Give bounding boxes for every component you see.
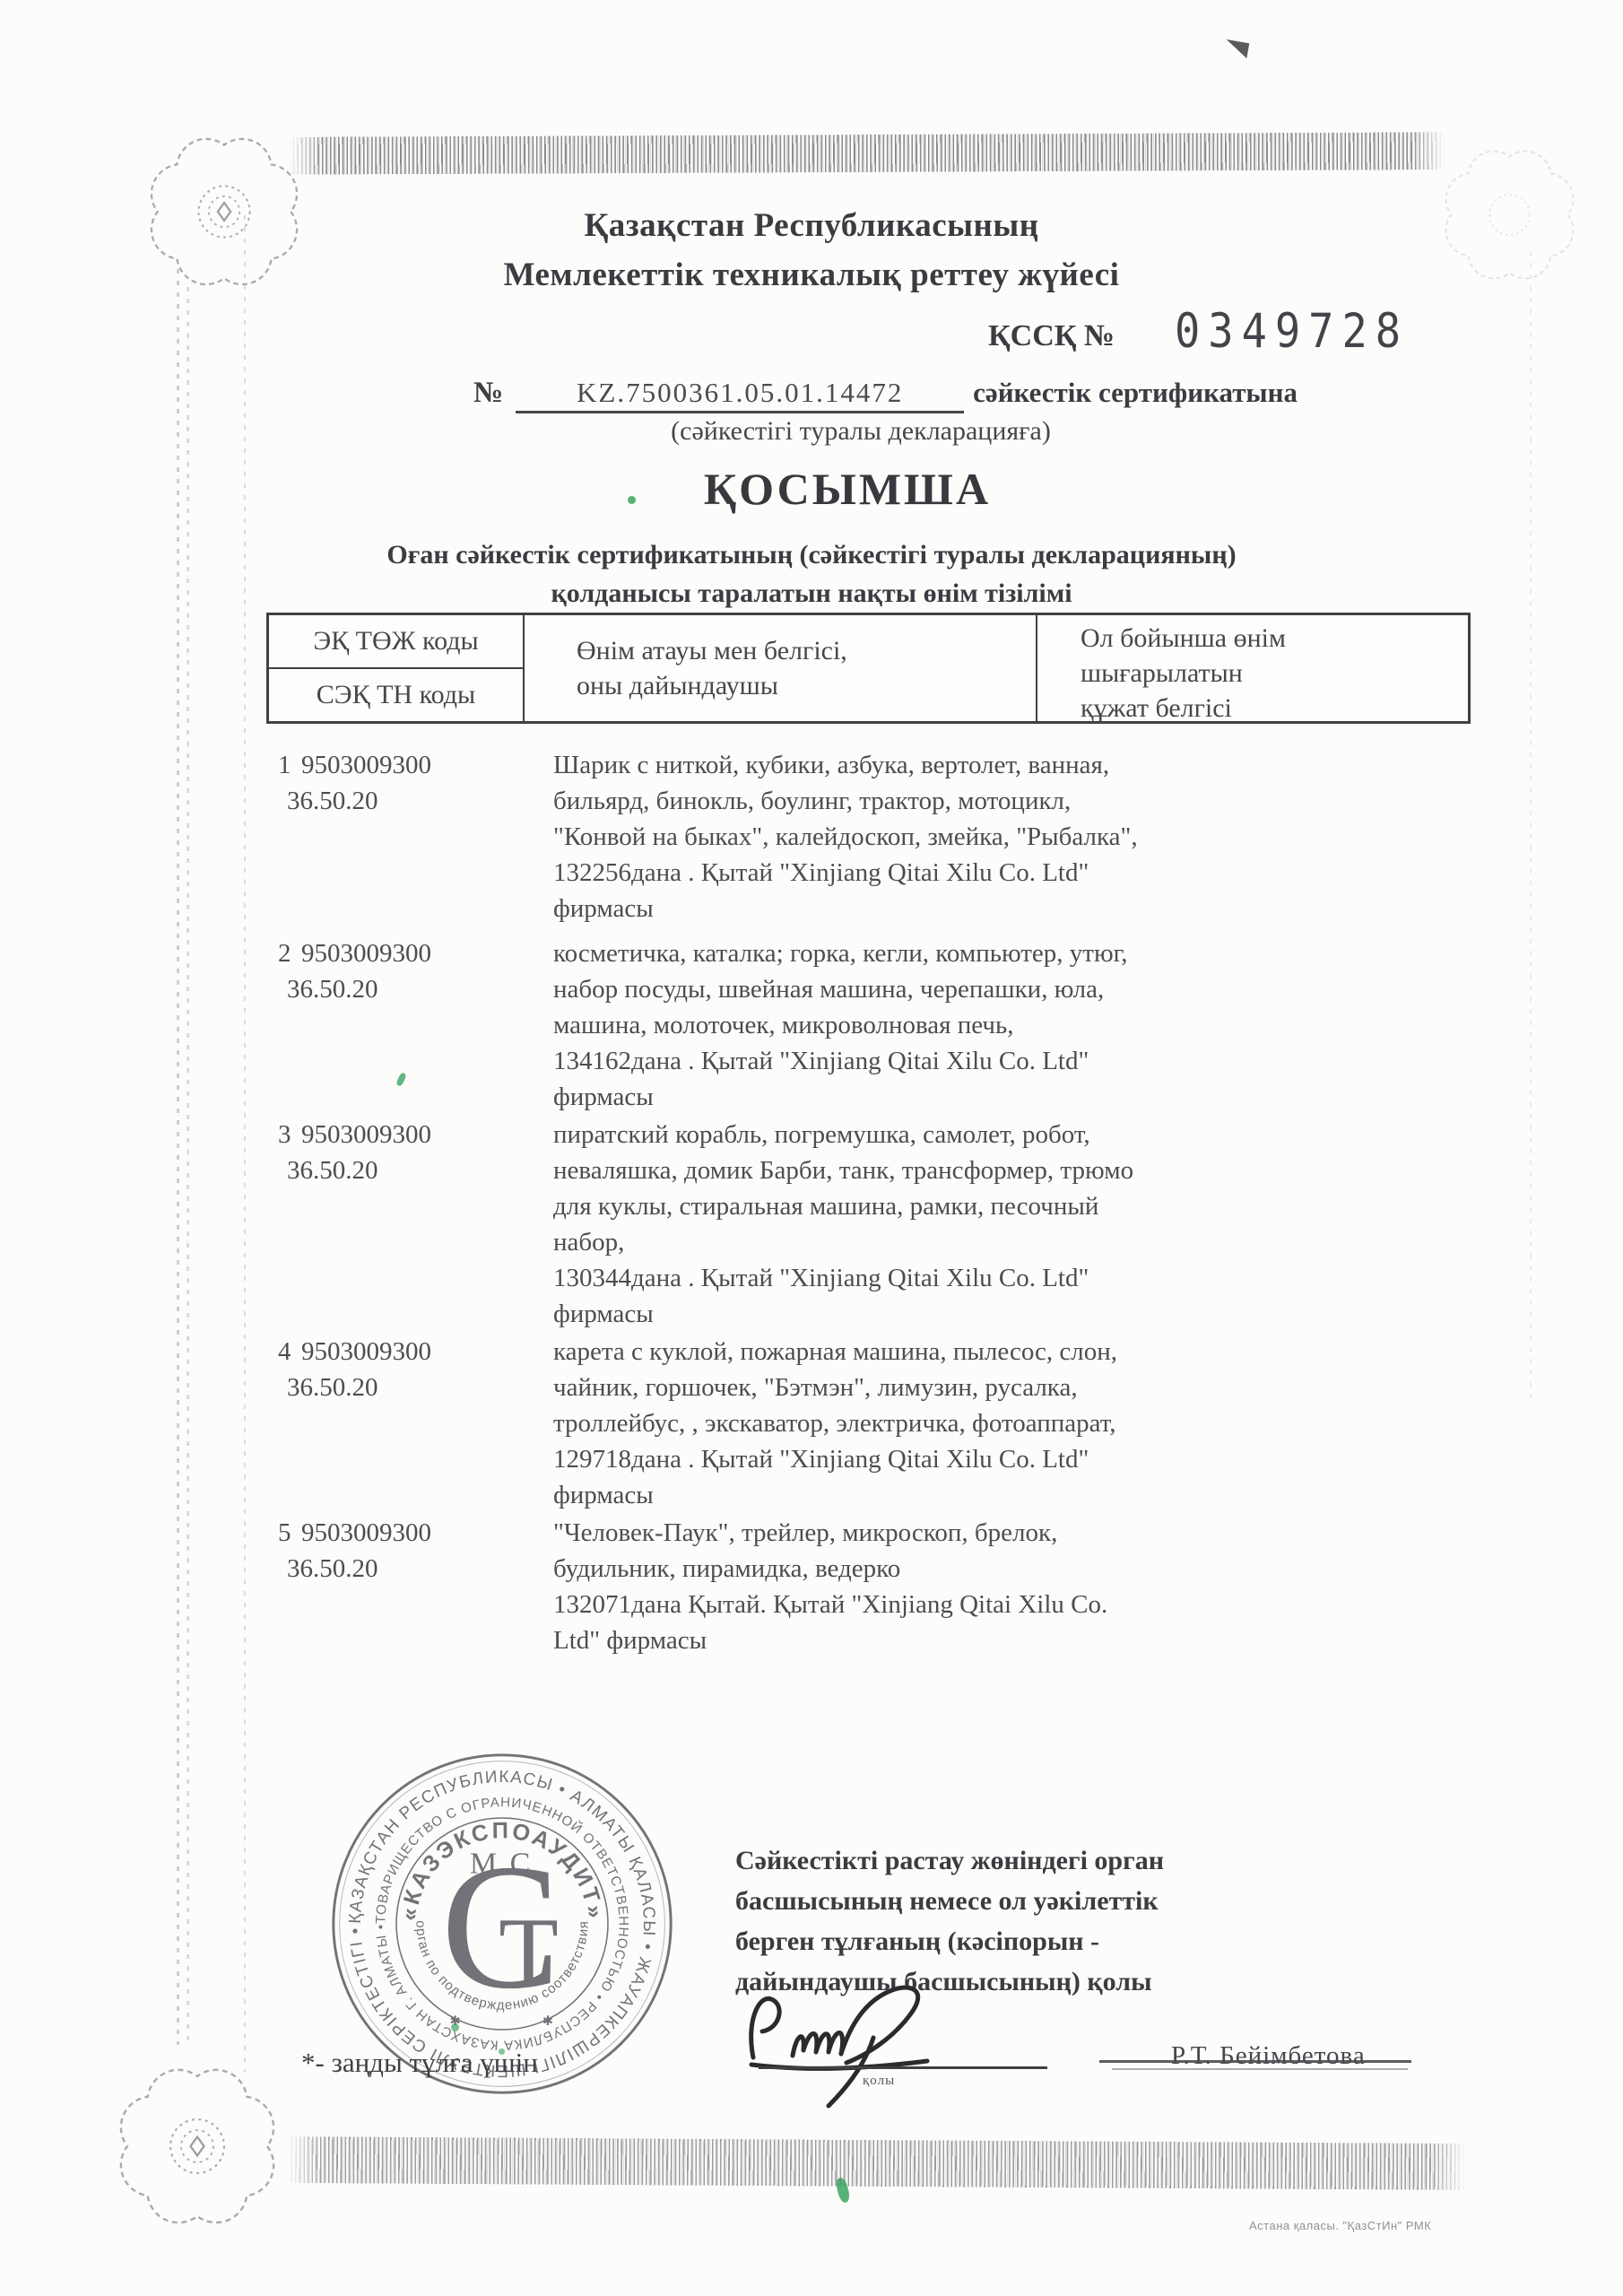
ek-tozh-code-header: ЭҚ ТӨЖ коды	[269, 615, 523, 669]
row-codes: 29503009300 36.50.20	[278, 935, 547, 1007]
form-series-label: ҚССҚ №	[988, 319, 1115, 353]
certificate-number-line: №KZ.7500361.05.01.14472сәйкестік сертифи…	[473, 377, 1298, 413]
green-ink-speck	[628, 496, 636, 504]
row-code-top: 9503009300	[301, 1120, 431, 1149]
guilloche-band-bottom	[287, 2136, 1466, 2190]
stamp-overlay-text: М.С	[470, 1847, 533, 1880]
certificate-number: KZ.7500361.05.01.14472	[516, 377, 964, 413]
signatory-strike-line-2	[1112, 2068, 1408, 2070]
printer-note: Астана қаласы. "ҚазСтИн" РМК	[1249, 2219, 1431, 2232]
row-description: "Человек-Паук", трейлер, микроскоп, брел…	[553, 1515, 1251, 1658]
row-code-bottom: 36.50.20	[287, 1152, 547, 1188]
table-row: 29503009300 36.50.20 косметичка, каталка…	[278, 935, 1282, 1115]
flower-watermark-bottom-left	[103, 2052, 291, 2240]
green-ink-speck	[451, 2023, 459, 2031]
declaration-note: (сәйкестігі туралы декларацияға)	[49, 416, 1623, 447]
document-mark-column-header: Ол бойынша өнім шығарылатын құжат белгіс…	[1037, 615, 1468, 721]
row-codes: 39503009300 36.50.20	[278, 1117, 547, 1188]
signature-line-label: қолы	[863, 2074, 895, 2089]
row-number: 3	[278, 1117, 301, 1152]
form-series-number: 0349728	[1175, 304, 1409, 360]
row-code-bottom: 36.50.20	[287, 1551, 547, 1587]
row-code-top: 9503009300	[301, 939, 431, 968]
row-description: косметичка, каталка; горка, кегли, компь…	[553, 935, 1251, 1115]
product-table-header: ЭҚ ТӨЖ коды СЭҚ ТН коды Өнім атауы мен б…	[266, 613, 1471, 724]
scanned-certificate-appendix-page: Қазақстан Республикасының Мемлекеттік те…	[0, 0, 1623, 2296]
row-code-bottom: 36.50.20	[287, 1370, 547, 1405]
row-code-top: 9503009300	[301, 1337, 431, 1366]
guilloche-band-top	[289, 132, 1445, 175]
green-ink-speck	[499, 2048, 505, 2055]
page-title: ҚОСЫМША	[36, 463, 1623, 515]
stamp-star-right-icon: ✱	[542, 2014, 553, 2029]
row-codes: 59503009300 36.50.20	[278, 1515, 547, 1587]
row-codes: 49503009300 36.50.20	[278, 1334, 547, 1405]
org-name-line-1: Қазақстан Республикасының	[0, 206, 1623, 245]
signatory-name: Р.Т. Бейімбетова	[1171, 2041, 1366, 2071]
table-row: 59503009300 36.50.20 "Человек-Паук", тре…	[278, 1515, 1282, 1658]
signature-line	[759, 2066, 1047, 2069]
subtitle-line-2: қолданысы таралатын нақты өнім тізілімі	[0, 578, 1623, 609]
left-dotted-line-1	[177, 269, 179, 2045]
table-row: 19503009300 36.50.20 Шарик с ниткой, куб…	[278, 747, 1282, 926]
row-number: 5	[278, 1515, 301, 1551]
number-sign: №	[473, 377, 503, 409]
table-row: 49503009300 36.50.20 карета с куклой, по…	[278, 1334, 1282, 1513]
row-number: 1	[278, 747, 301, 783]
row-code-bottom: 36.50.20	[287, 783, 547, 819]
row-codes: 19503009300 36.50.20	[278, 747, 547, 819]
row-number: 2	[278, 935, 301, 971]
row-description: пиратский корабль, погремушка, самолет, …	[553, 1117, 1251, 1332]
table-row: 39503009300 36.50.20 пиратский корабль, …	[278, 1117, 1282, 1332]
codes-column-header: ЭҚ ТӨЖ коды СЭҚ ТН коды	[269, 615, 525, 721]
product-name-column-header: Өнім атауы мен белгісі, оны дайындаушы	[525, 615, 1037, 721]
row-number: 4	[278, 1334, 301, 1370]
row-code-bottom: 36.50.20	[287, 971, 547, 1007]
row-description: карета с куклой, пожарная машина, пылесо…	[553, 1334, 1251, 1513]
row-code-top: 9503009300	[301, 1518, 431, 1547]
org-name-line-2: Мемлекеттік техникалық реттеу жүйесі	[0, 256, 1623, 294]
handwritten-signature	[737, 1970, 1069, 2113]
row-code-top: 9503009300	[301, 751, 431, 779]
subtitle-line-1: Оған сәйкестік сертификатының (сәйкестіг…	[0, 540, 1623, 570]
certificate-suffix-label: сәйкестік сертификатына	[973, 377, 1298, 408]
scan-artifact-wedge	[1224, 39, 1250, 58]
product-list: 19503009300 36.50.20 Шарик с ниткой, куб…	[278, 747, 1282, 1658]
row-description: Шарик с ниткой, кубики, азбука, вертолет…	[553, 747, 1251, 926]
stamp-monogram-t: Т	[499, 1898, 559, 2006]
signatory-strike-line	[1099, 2060, 1411, 2063]
sek-tn-code-header: СЭҚ ТН коды	[269, 669, 523, 721]
